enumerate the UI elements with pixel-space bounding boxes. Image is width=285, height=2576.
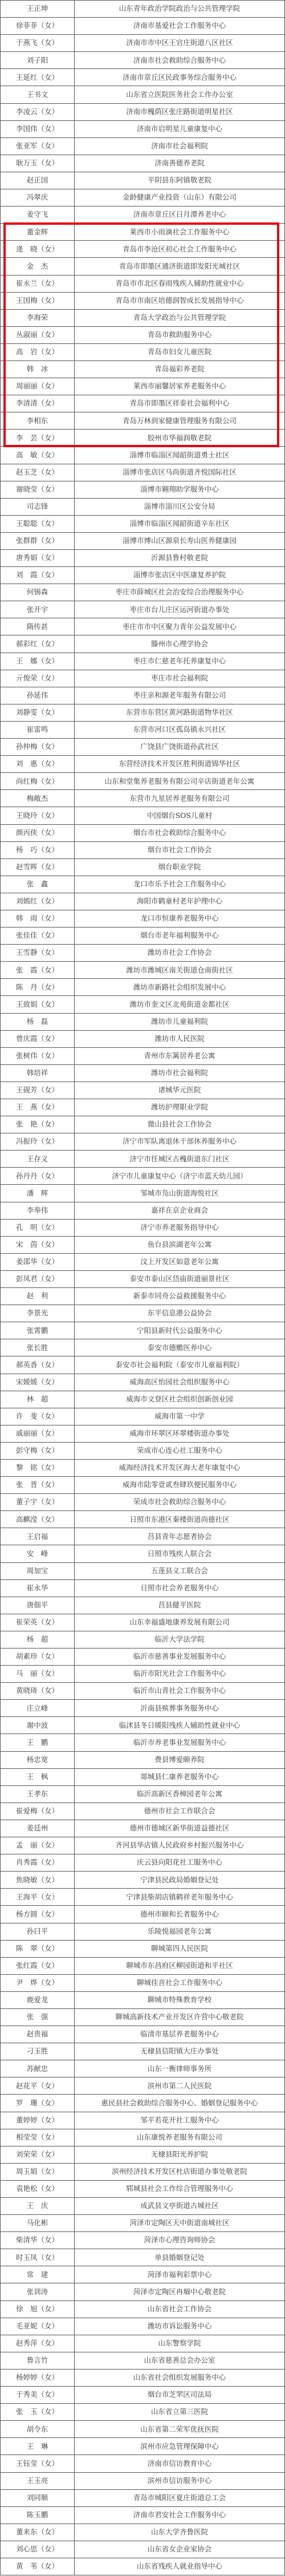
organization-cell: 山东青年政治学院政治与公共管理学院 xyxy=(75,1,285,18)
table-row: 马 丽（女）临沂市阳光社会工作服务中心 xyxy=(1,1666,285,1683)
organization-cell: 济南市市中区王官庄街道八区社区 xyxy=(75,35,285,52)
organization-cell: 菏泽市定陶区冉堌中心敬老院 xyxy=(75,2283,285,2300)
table-row: 丛淑丽（女）青岛市救助服务中心 xyxy=(1,326,285,343)
organization-cell: 山东省女企业家协会 xyxy=(75,2541,285,2558)
table-row: 张 艳（女）微山县社会工作协会 xyxy=(1,1116,285,1133)
person-name-cell: 张长胜 xyxy=(1,1339,75,1356)
table-row: 杨 巧（女）烟台市社会工作协会 xyxy=(1,841,285,858)
person-name-cell: 崔爱梅（女） xyxy=(1,1803,75,1820)
table-row: 潘 辉邹城市凫山街道海悦社区 xyxy=(1,1185,285,1202)
organization-cell: 聊城市特殊教育学校 xyxy=(75,1991,285,2008)
table-row: 刘心思（女）山东省女企业家协会 xyxy=(1,2541,285,2558)
person-name-cell: 何锡森 xyxy=(1,584,75,601)
organization-cell: 费县博爱颐养院 xyxy=(75,1751,285,1768)
table-row: 司志锋淄博市淄川区公安分局 xyxy=(1,498,285,515)
person-name-cell: 林 超 xyxy=(1,1391,75,1408)
person-name-cell: 王 琳 xyxy=(1,2438,75,2455)
person-name-cell: 苏献忠 xyxy=(1,2060,75,2077)
person-name-cell: 刘子阳 xyxy=(1,52,75,69)
organization-cell: 宁阳县新时代公益服务中心 xyxy=(75,1322,285,1339)
person-name-cell: 姜廷州 xyxy=(1,1820,75,1837)
table-row: 赵正国平阴县东阿镇敬老院 xyxy=(1,172,285,189)
person-name-cell: 颜丙侠（女） xyxy=(1,824,75,841)
organization-cell: 金龄健康产业投资（山东）有限公司 xyxy=(75,189,285,206)
organization-cell: 潍坊护理职业学院 xyxy=(75,1099,285,1116)
table-row: 王 琳滨州市应急管理保障中心 xyxy=(1,2438,285,2455)
person-name-cell: 周加宝 xyxy=(1,1562,75,1579)
organization-cell: 临沂市山青社会工作服务中心 xyxy=(75,1683,285,1700)
person-name-cell: 刘嫣红（女） xyxy=(1,893,75,910)
person-name-cell: 崔永兰（女） xyxy=(1,275,75,292)
table-row: 唐佃平莒县健平医院 xyxy=(1,1597,285,1614)
person-name-cell: 赵 利 xyxy=(1,1288,75,1305)
organization-cell: 沂源县鲁村敬老院 xyxy=(75,550,285,567)
organization-cell: 山东省第二荣军优抚医院 xyxy=(75,2421,285,2438)
table-row: 彭凤君（女）泰安市泰山区岱庙街道丽景社区 xyxy=(1,1270,285,1287)
table-row: 于燕飞（女）济南市市中区王官庄街道八区社区 xyxy=(1,35,285,52)
person-name-cell: 李相东 xyxy=(1,412,75,430)
table-row: 刘子阳济南市社会救助综合服务中心 xyxy=(1,52,285,69)
organization-cell: 济南市启明星儿童康复中心 xyxy=(75,120,285,137)
organization-cell: 枣庄市薛城区社会治安综合治理服务中心 xyxy=(75,584,285,601)
person-name-cell: 赵贵福 xyxy=(1,2026,75,2043)
table-row: 王 燕（女）潍坊护理职业学院 xyxy=(1,1099,285,1116)
organization-cell: 济南市社会救助综合服务中心 xyxy=(75,52,285,69)
organization-cell: 烟台市社会救助综合服务中心 xyxy=(75,824,285,841)
table-row: 尚红梅（女）山东和堂集养老服务有限公司辛店街道老年公寓 xyxy=(1,773,285,790)
table-row: 宋媛媛（女）威海高区怡园社会组织服务中心 xyxy=(1,1374,285,1391)
table-row: 胡素珍（女）临沂市慈善事业发展服务中心 xyxy=(1,1649,285,1666)
person-name-cell: 赵正国 xyxy=(1,172,75,189)
table-row: 于秀美（女）烟台市芝罘区司法局 xyxy=(1,2387,285,2404)
table-row: 孔 明（女）济宁市养老服务指导中心 xyxy=(1,1219,285,1236)
person-name-cell: 陈玉鹏 xyxy=(1,2506,75,2524)
person-name-cell: 李凌云（女） xyxy=(1,103,75,120)
table-row: 耿万玉（女）济南善德养老院 xyxy=(1,155,285,172)
table-row: 孙仲梅（女）广饶县广饶街道孙武社区 xyxy=(1,739,285,756)
organization-cell: 山东省残疾人就业指导中心 xyxy=(75,2558,285,2575)
organization-cell: 枣庄市仁慈老年托养康复中心 xyxy=(75,653,285,670)
person-name-cell: 杨 巧（女） xyxy=(1,841,75,858)
table-row: 张 玉（女）山东省立第三医院 xyxy=(1,2404,285,2421)
table-row: 杨 磊潍坊市儿童福利院 xyxy=(1,1013,285,1030)
person-name-cell: 张亚军（女） xyxy=(1,137,75,155)
table-row: 张 霞（女）潍坊市潍城区南关街道仓南街社区 xyxy=(1,962,285,979)
organization-cell: 聊城佳音社会工作服务中心 xyxy=(75,1974,285,1991)
person-name-cell: 董婷婷（女） xyxy=(1,2112,75,2129)
person-name-cell: 谢晓莹（女） xyxy=(1,481,75,498)
roster-table-body: 王正坤山东青年政治学院政治与公共管理学院徐菲菲（女）济南市基爱社会工作服务中心于… xyxy=(1,1,285,2575)
person-name-cell: 金 杰 xyxy=(1,258,75,275)
person-name-cell: 杨 超 xyxy=(1,1631,75,1648)
organization-cell: 威海市环翠区环翠楼街道办事处 xyxy=(75,1425,285,1442)
person-name-cell: 赵雪晖（女） xyxy=(1,858,75,876)
table-row: 赵玉芝（女）淄博市张店区马尚街道齐悦国际社区 xyxy=(1,464,285,481)
person-name-cell: 姜邵华（女） xyxy=(1,1253,75,1270)
person-name-cell: 于燕飞（女） xyxy=(1,35,75,52)
organization-cell: 临沭县冬日暖阳残疾人辅助性就业中心 xyxy=(75,1717,285,1734)
organization-cell: 枣庄市社会福利院 xyxy=(75,670,285,687)
organization-cell: 山东省立医院医务社会工作办公室 xyxy=(75,86,285,103)
person-name-cell: 王致娟（女） xyxy=(1,996,75,1013)
person-name-cell: 冯振玲（女） xyxy=(1,1133,75,1151)
table-row: 张霄鹏宁阳县新时代公益服务中心 xyxy=(1,1322,285,1339)
person-name-cell: 黄晓琦（女） xyxy=(1,1683,75,1700)
table-row: 安 峰日照市残疾人联合会 xyxy=(1,1545,285,1562)
organization-cell: 沂南县殡葬事务服务中心 xyxy=(75,1700,285,1717)
organization-cell: 惠民县社会救助综合服务中心、婚姻登记服务中心 xyxy=(75,2095,285,2112)
person-name-cell: 张霄鹏 xyxy=(1,1322,75,1339)
organization-cell: 郯城县仁康养老服务中心 xyxy=(75,1768,285,1785)
table-row: 张树伟（女）青州市东篱居养老公寓 xyxy=(1,1047,285,1064)
table-row: 鲁言竹山东省慈善总会办公室 xyxy=(1,2352,285,2369)
organization-cell: 青州市东篱居养老公寓 xyxy=(75,1047,285,1064)
organization-cell: 莱西市丽馨居家养老服务中心 xyxy=(75,378,285,395)
organization-cell: 淄博市翱翔助学服务中心 xyxy=(75,481,285,498)
person-name-cell: 黎 铭（女） xyxy=(1,1459,75,1476)
person-name-cell: 张树伟（女） xyxy=(1,1047,75,1064)
table-row: 李凌云（女）济南市槐荫区张庄路街道明星社区 xyxy=(1,103,285,120)
person-name-cell: 王晓玲（女） xyxy=(1,807,75,824)
table-row: 黄 苇（女）山东省残疾人就业指导中心 xyxy=(1,2558,285,2575)
person-name-cell: 王 鹏 xyxy=(1,1734,75,1751)
person-name-cell: 张 鑫 xyxy=(1,876,75,893)
person-name-cell: 张开宇 xyxy=(1,601,75,618)
organization-cell: 德州市德城区新华街道益德社区 xyxy=(75,1820,285,1837)
table-row: 肖秀霞（女）庆云县向阳花社工服务中心 xyxy=(1,1854,285,1872)
table-row: 陈 翠（女）聊城第四人民医院 xyxy=(1,1940,285,1957)
organization-cell: 济南市社会福利院 xyxy=(75,137,285,155)
organization-cell: 潍坊市儿童福利院 xyxy=(75,1013,285,1030)
person-name-cell: 赵玉芝（女） xyxy=(1,464,75,481)
table-row: 董子宇（女）荣成市社会救助综合服务中心 xyxy=(1,1494,285,1511)
organization-cell: 济南市章丘区民政事务综合服务中心 xyxy=(75,69,285,86)
organization-cell: 山东大学齐鲁医院 xyxy=(75,2524,285,2541)
table-row: 董金辉莱西市小雨滴社会工作服务中心 xyxy=(1,224,285,241)
person-name-cell: 徐 旭（女） xyxy=(1,2300,75,2318)
organization-cell: 青岛市市北区春雨残疾人辅助性就业中心 xyxy=(75,275,285,292)
person-name-cell: 胡素珍（女） xyxy=(1,1649,75,1666)
person-name-cell: 刘 霞（女） xyxy=(1,567,75,584)
organization-cell: 平阴县东阿镇敬老院 xyxy=(75,172,285,189)
organization-cell: 菏泽市定陶区天中街道南城社区 xyxy=(75,2215,285,2232)
organization-cell: 聊城高新技术产业开发区许营中心敬老院 xyxy=(75,2008,285,2026)
table-row: 杨忠宽费县博爱颐养院 xyxy=(1,1751,285,1768)
table-row: 张亚军（女）济南市社会福利院 xyxy=(1,137,285,155)
table-row: 周丽丽（女）莱西市丽馨居家养老服务中心 xyxy=(1,378,285,395)
person-name-cell: 王雪静（女） xyxy=(1,945,75,962)
organization-cell: 诸城华元医院 xyxy=(75,1082,285,1099)
table-row: 张 鑫龙口市乐予社会工作服务中心 xyxy=(1,876,285,893)
organization-cell: 临沂市阳光社会工作服务中心 xyxy=(75,1666,285,1683)
table-row: 胡令东山东省第二荣军优抚医院 xyxy=(1,2421,285,2438)
table-row: 庄立峰沂南县殡葬事务服务中心 xyxy=(1,1700,285,1717)
table-row: 刘荣荣（女）无棣县阳光养护院 xyxy=(1,2146,285,2163)
table-row: 毛亚妮（女）潍坊市诉讼服务中心 xyxy=(1,2318,285,2335)
table-row: 时玉凤（女）单县婚姻登记处 xyxy=(1,2249,285,2266)
organization-cell: 齐河县华店镇人民政府乡村振兴服务中心 xyxy=(75,1837,285,1854)
organization-cell: 日照市残疾人联合会 xyxy=(75,1545,285,1562)
organization-cell: 济南市君安社会工作服务中心 xyxy=(75,2506,285,2524)
organization-cell: 宁津县柴胡店镇鹤祥老年服务中心 xyxy=(75,1889,285,1906)
organization-cell: 临沂市养老事业发展服务中心 xyxy=(75,1734,285,1751)
person-name-cell: 马 丽（女） xyxy=(1,1666,75,1683)
table-row: 王雪静（女）潍坊市社会工作协会 xyxy=(1,945,285,962)
organization-cell: 菏泽市福利彩票中心 xyxy=(75,2266,285,2283)
table-row: 李相东青岛万林到家健康管理服务有限公司 xyxy=(1,412,285,430)
person-name-cell: 司志锋 xyxy=(1,498,75,515)
table-row: 王砚芳（女）诸城华元医院 xyxy=(1,1082,285,1099)
person-name-cell: 逄 晓（女） xyxy=(1,241,75,258)
person-name-cell: 鲁言竹 xyxy=(1,2352,75,2369)
table-row: 冯振玲（女）济宁市军队离退休干部休养服务中心 xyxy=(1,1133,285,1151)
person-name-cell: 唐秀娟（女） xyxy=(1,550,75,567)
person-name-cell: 鹿爱龙 xyxy=(1,1991,75,2008)
organization-cell: 新泰市同舟公益救援服务中心 xyxy=(75,1288,285,1305)
table-row: 李清清（女）青岛市即墨区祥泰社会福利中心 xyxy=(1,395,285,412)
organization-cell: 临沂大学法学院 xyxy=(75,1631,285,1648)
person-name-cell: 彭凤君（女） xyxy=(1,1270,75,1287)
organization-cell: 莒县健平医院 xyxy=(75,1597,285,1614)
organization-cell: 临沂高新区香樟园老年公寓 xyxy=(75,1785,285,1803)
person-name-cell: 张红霞（女） xyxy=(1,1957,75,1974)
table-row: 刘嫣红（女）海阳市鹤童村老年护理中心 xyxy=(1,893,285,910)
organization-cell: 山东康悦养老服务有限公司 xyxy=(75,2129,285,2146)
organization-cell: 泰安市德赡医养中心 xyxy=(75,1339,285,1356)
table-row: 刘 惠（女）东营经济技术开发区胜利街道锦华社区 xyxy=(1,756,285,773)
organization-cell: 威海市陆零壹贰叁肆玖便民服务中心 xyxy=(75,1477,285,1494)
table-row: 张红霞（女）聊城市东昌府区柳园街道和平社区 xyxy=(1,1957,285,1974)
organization-cell: 泰安市泰山区岱庙街道丽景社区 xyxy=(75,1270,285,1287)
organization-cell: 临清市基层养老服务中心 xyxy=(75,2026,285,2043)
table-row: 李国伟（女）济南市启明星儿童康复中心 xyxy=(1,120,285,137)
table-row: 王晓玲（女）中国烟台SOS儿童村 xyxy=(1,807,285,824)
person-name-cell: 王玉亮 xyxy=(1,2472,75,2489)
table-row: 崔永兰（女）青岛市市北区春雨残疾人辅助性就业中心 xyxy=(1,275,285,292)
table-row: 王聪聪（女）淄博市临淄区闻韶街道辛东社区 xyxy=(1,515,285,532)
organization-cell: 青岛市即墨区祥泰社会福利中心 xyxy=(75,395,285,412)
person-name-cell: 李海荣 xyxy=(1,309,75,326)
organization-cell: 潍坊市人民医院 xyxy=(75,1030,285,1047)
organization-cell: 济南市章丘区日月潭养老中心 xyxy=(75,206,285,224)
person-name-cell: 刁玉胜 xyxy=(1,2043,75,2060)
person-name-cell: 刘心思（女） xyxy=(1,2541,75,2558)
table-row: 王海平（女）宁津县柴胡店镇鹤祥老年服务中心 xyxy=(1,1889,285,1906)
person-name-cell: 李奉伟 xyxy=(1,1202,75,1219)
person-name-cell: 崔荣英（女） xyxy=(1,1614,75,1631)
table-row: 高 敏（女）淄博市临淄区闻韶街道勇士社区 xyxy=(1,447,285,464)
table-row: 逄 晓（女）青岛市李沧区初心社会工作服务中心 xyxy=(1,241,285,258)
person-name-cell: 王聪聪（女） xyxy=(1,515,75,532)
person-name-cell: 时玉凤（女） xyxy=(1,2249,75,2266)
person-name-cell: 韩培祥 xyxy=(1,1064,75,1082)
roster-table: 王正坤山东青年政治学院政治与公共管理学院徐菲菲（女）济南市基爱社会工作服务中心于… xyxy=(0,0,285,2575)
person-name-cell: 罗 珊（女） xyxy=(1,2095,75,2112)
organization-cell: 淄博市临淄区闻韶街道勇士社区 xyxy=(75,447,285,464)
table-row: 郝英香（女）泰安市社会福利院（泰安市儿童福利院） xyxy=(1,1356,285,1374)
person-name-cell: 戚丽丽（女） xyxy=(1,1425,75,1442)
table-row: 赵花平（女）滨州市第二人民医院 xyxy=(1,2077,285,2095)
person-name-cell: 谢中波 xyxy=(1,1717,75,1734)
organization-cell: 山东幸福盛地康养发展有限公司 xyxy=(75,1614,285,1631)
organization-cell: 淄博市淄川区公安分局 xyxy=(75,498,285,515)
table-row: 林 超威海市文登区社会组织创新创业园 xyxy=(1,1391,285,1408)
table-row: 王启福莒县青年志愿者协会 xyxy=(1,1528,285,1545)
table-row: 袁艳松（女）郓城县社会工作综合管理服务中心 xyxy=(1,2180,285,2197)
person-name-cell: 张佳佳（女） xyxy=(1,927,75,945)
person-name-cell: 郝彩红（女） xyxy=(1,635,75,653)
table-row: 崔永华日照市社会养老服务中心 xyxy=(1,1579,285,1597)
person-name-cell: 彭守梅（女） xyxy=(1,1442,75,1459)
table-row: 赵雪晖（女）烟台职业学院 xyxy=(1,858,285,876)
organization-cell: 泰安市社会福利院（泰安市儿童福利院） xyxy=(75,1356,285,1374)
table-row: 柴清华（女）菏泽市心理咨询师协会 xyxy=(1,2232,285,2249)
organization-cell: 山东省社会组织发展服务中心 xyxy=(75,2369,285,2386)
organization-cell: 荣成市心连心社工服务中心 xyxy=(75,1442,285,1459)
organization-cell: 滨州市第二人民医院 xyxy=(75,2077,285,2095)
person-name-cell: 焦晓敏（女） xyxy=(1,1872,75,1889)
person-name-cell: 周丽丽（女） xyxy=(1,378,75,395)
table-row: 王存义济宁市任城区古槐街道东门社区 xyxy=(1,1151,285,1168)
organization-cell: 枣庄市台儿庄区运河街道办事处 xyxy=(75,601,285,618)
person-name-cell: 胡令东 xyxy=(1,2421,75,2438)
table-row: 高 岩（女）青岛市妇女儿童医院 xyxy=(1,343,285,361)
organization-cell: 山东一衡律师事务所 xyxy=(75,2060,285,2077)
table-row: 尹 烨（女）聊城佳音社会工作服务中心 xyxy=(1,1974,285,1991)
roster-page: 王正坤山东青年政治学院政治与公共管理学院徐菲菲（女）济南市基爱社会工作服务中心于… xyxy=(0,0,285,2575)
table-row: 李 芸（女）胶州市华福润敬老院 xyxy=(1,430,285,447)
table-row: 孙延伟枣庄亲和源老年服务有限公司 xyxy=(1,687,285,704)
person-name-cell: 张训涛 xyxy=(1,2283,75,2300)
organization-cell: 单县婚姻登记处 xyxy=(75,2249,285,2266)
table-row: 张长胜泰安市德赡医养中心 xyxy=(1,1339,285,1356)
organization-cell: 邹平若花开社工服务中心 xyxy=(75,2112,285,2129)
person-name-cell: 刘同顺 xyxy=(1,2489,75,2506)
person-name-cell: 李 芸（女） xyxy=(1,430,75,447)
person-name-cell: 庄立峰 xyxy=(1,1700,75,1717)
organization-cell: 青岛市即墨区通济街道即发阳光城社区 xyxy=(75,258,285,275)
person-name-cell: 陈 翠（女） xyxy=(1,1940,75,1957)
table-row: 张佳佳（女）烟台市老年福利服务中心 xyxy=(1,927,285,945)
table-row: 崔雷鸣东营市河口区孤岛镇永兴社区 xyxy=(1,721,285,738)
person-name-cell: 王国梅（女） xyxy=(1,292,75,309)
table-row: 李奉伟嘉祥在京企业商会 xyxy=(1,1202,285,1219)
organization-cell: 成武县文亭街道古城社区 xyxy=(75,2198,285,2215)
person-name-cell: 宋媛媛（女） xyxy=(1,1374,75,1391)
table-row: 罗 珊（女）惠民县社会救助综合服务中心、婚姻登记服务中心 xyxy=(1,2095,285,2112)
organization-cell: 五莲县义工联合会 xyxy=(75,1562,285,1579)
organization-cell: 济宁市养老服务指导中心 xyxy=(75,1219,285,1236)
table-row: 亓俊荣（女）枣庄市社会福利院 xyxy=(1,670,285,687)
person-name-cell: 赵花平（女） xyxy=(1,2077,75,2095)
person-name-cell: 许 斐（女） xyxy=(1,1408,75,1425)
organization-cell: 郓城县社会工作综合管理服务中心 xyxy=(75,2180,285,2197)
person-name-cell: 郝英香（女） xyxy=(1,1356,75,1374)
table-row: 相莹莹（女）山东康悦养老服务有限公司 xyxy=(1,2129,285,2146)
organization-cell: 东营市东营区黄河路街道物华社区 xyxy=(75,704,285,721)
organization-cell: 潍坊市诉讼服务中心 xyxy=(75,2318,285,2335)
table-row: 王 庆成武县文亭街道古城社区 xyxy=(1,2198,285,2215)
organization-cell: 日照市东港区秦楼街道尚德社区 xyxy=(75,1511,285,1528)
table-row: 郝彩红（女）滕州市心理学协会 xyxy=(1,635,285,653)
table-row: 刘静雯（女）东营市东营区黄河路街道物华社区 xyxy=(1,704,285,721)
table-row: 崔荣英（女）山东幸福盛地康养发展有限公司 xyxy=(1,1614,285,1631)
person-name-cell: 丛淑丽（女） xyxy=(1,326,75,343)
table-row: 陈 丹（女）潍坊市新路社会组织发展中心 xyxy=(1,979,285,996)
person-name-cell: 王存义 xyxy=(1,1151,75,1168)
table-row: 冯翠庆金龄健康产业投资（山东）有限公司 xyxy=(1,189,285,206)
organization-cell: 淄博市张店区中医康复养护院 xyxy=(75,567,285,584)
person-name-cell: 王钰莹（女） xyxy=(1,2455,75,2472)
person-name-cell: 韩 冰 xyxy=(1,361,75,378)
person-name-cell: 冯翠庆 xyxy=(1,189,75,206)
table-row: 刘同顺青岛市城阳区夏庄街道总工会 xyxy=(1,2489,285,2506)
organization-cell: 莒县青年志愿者协会 xyxy=(75,1528,285,1545)
table-row: 张 晋（女）威海市陆零壹贰叁肆玖便民服务中心 xyxy=(1,1477,285,1494)
table-row: 赵 利新泰市同舟公益救援服务中心 xyxy=(1,1288,285,1305)
organization-cell: 青岛市救助服务中心 xyxy=(75,326,285,343)
organization-cell: 济南市信访教育中心 xyxy=(75,2455,285,2472)
organization-cell: 临沂市慈善事业发展服务中心 xyxy=(75,1649,285,1666)
organization-cell: 威海经济技术开发区海大老年康复中心 xyxy=(75,1459,285,1476)
person-name-cell: 安 峰 xyxy=(1,1545,75,1562)
table-row: 张群群（女）淄博市博山区源泉长寿山医养健康园 xyxy=(1,532,285,549)
table-row: 杨方圆（女）德州市颐和长者服务中心 xyxy=(1,1906,285,1923)
organization-cell: 淄博市博山区源泉长寿山医养健康园 xyxy=(75,532,285,549)
person-name-cell: 周玉娟（女） xyxy=(1,2163,75,2180)
person-name-cell: 常 建 xyxy=(1,2266,75,2283)
organization-cell: 济南市槐荫区张庄路街道明星社区 xyxy=(75,103,285,120)
person-name-cell: 董金辉 xyxy=(1,224,75,241)
person-name-cell: 孙丹丹（女） xyxy=(1,1168,75,1185)
person-name-cell: 王书文 xyxy=(1,86,75,103)
table-row: 何锡森枣庄市薛城区社会治安综合治理服务中心 xyxy=(1,584,285,601)
person-name-cell: 高 敏（女） xyxy=(1,447,75,464)
organization-cell: 无棣县阳光养护院 xyxy=(75,2146,285,2163)
table-row: 常 建菏泽市福利彩票中心 xyxy=(1,2266,285,2283)
organization-cell: 青岛大学政治与公共管理学院 xyxy=(75,309,285,326)
table-row: 赵贵福临清市基层养老服务中心 xyxy=(1,2026,285,2043)
person-name-cell: 孙延伟 xyxy=(1,687,75,704)
table-row: 赵秀萍（女）山东警察学院 xyxy=(1,2335,285,2352)
organization-cell: 德州市颐和长者服务中心 xyxy=(75,1906,285,1923)
person-name-cell: 袁艳松（女） xyxy=(1,2180,75,2197)
organization-cell: 聊城第四人民医院 xyxy=(75,1940,285,1957)
table-row: 姜守飞济南市章丘区日月潭养老中心 xyxy=(1,206,285,224)
person-name-cell: 高 岩（女） xyxy=(1,343,75,361)
organization-cell: 济南市基爱社会工作服务中心 xyxy=(75,18,285,35)
organization-cell: 汶上开发区如意老年公寓 xyxy=(75,1253,285,1270)
person-name-cell: 梅敞杰 xyxy=(1,790,75,807)
person-name-cell: 毛亚妮（女） xyxy=(1,2318,75,2335)
table-row: 孙丹丹（女）济宁市儿童康复中心（济宁市蓝天幼儿园） xyxy=(1,1168,285,1185)
person-name-cell: 柴清华（女） xyxy=(1,2232,75,2249)
organization-cell: 庆云县向阳花社工服务中心 xyxy=(75,1854,285,1872)
person-name-cell: 刘静雯（女） xyxy=(1,704,75,721)
organization-cell: 烟台职业学院 xyxy=(75,858,285,876)
table-row: 李景光东平信息港公益协会 xyxy=(1,1305,285,1322)
table-row: 谢晓莹（女）淄博市翱翔助学服务中心 xyxy=(1,481,285,498)
person-name-cell: 杨婷婷（女） xyxy=(1,2369,75,2386)
person-name-cell: 张 玉（女） xyxy=(1,2404,75,2421)
table-row: 张 强聊城高新技术产业开发区许营中心敬老院 xyxy=(1,2008,285,2026)
person-name-cell: 孔 明（女） xyxy=(1,1219,75,1236)
table-row: 焦晓敏（女）宁津县民政局婚姻登记处 xyxy=(1,1872,285,1889)
person-name-cell: 王 枫 xyxy=(1,1768,75,1785)
organization-cell: 东营市九星居养老服务有限公司 xyxy=(75,790,285,807)
organization-cell: 海阳市鹤童村老年护理中心 xyxy=(75,893,285,910)
organization-cell: 烟台市社会工作协会 xyxy=(75,841,285,858)
